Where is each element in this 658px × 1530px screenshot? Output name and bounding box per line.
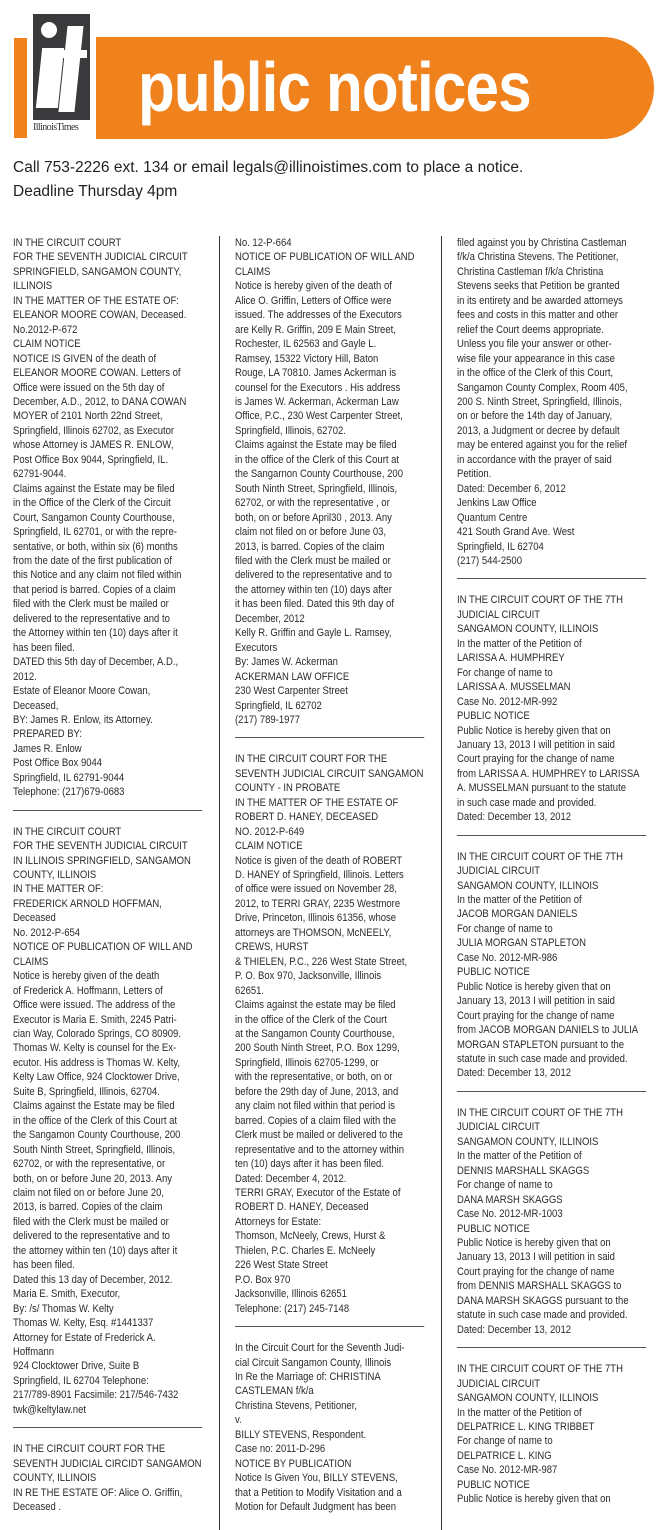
column-3: filed against you by Christina Castleman… <box>457 236 647 1507</box>
notice-divider <box>457 578 646 579</box>
notice-estate-griffin-body: No. 12-P-664 NOTICE OF PUBLICATION OF WI… <box>235 236 425 727</box>
column-2: No. 12-P-664 NOTICE OF PUBLICATION OF WI… <box>235 236 425 1515</box>
notice-estate-haney: IN THE CIRCUIT COURT FOR THE SEVENTH JUD… <box>235 752 425 1316</box>
notice-marriage-castleman-cont: filed against you by Christina Castleman… <box>457 236 647 568</box>
column-1: IN THE CIRCUIT COURT FOR THE SEVENTH JUD… <box>13 236 203 1515</box>
contact-line: Call 753-2226 ext. 134 or email legals@i… <box>13 156 523 180</box>
notice-divider <box>13 810 202 811</box>
illinois-times-logo-icon <box>33 14 90 120</box>
notice-divider <box>13 1427 202 1428</box>
masthead: IllinoisTimes public notices <box>0 0 658 150</box>
deadline-line: Deadline Thursday 4pm <box>13 180 523 204</box>
notice-divider <box>235 1326 424 1327</box>
notice-divider <box>457 1347 646 1348</box>
notice-estate-griffin-header: IN THE CIRCUIT COURT FOR THE SEVENTH JUD… <box>13 1442 203 1514</box>
column-divider <box>219 236 220 1530</box>
section-title: public notices <box>138 39 531 135</box>
notice-estate-hoffman: IN THE CIRCUIT COURT FOR THE SEVENTH JUD… <box>13 825 203 1418</box>
notice-name-change-tribbet: IN THE CIRCUIT COURT OF THE 7TH JUDICIAL… <box>457 1362 647 1507</box>
section-title-banner: public notices <box>96 37 654 139</box>
notice-divider <box>235 737 424 738</box>
logo-accent-bar <box>14 38 27 138</box>
notice-marriage-castleman: In the Circuit Court for the Seventh Jud… <box>235 1341 425 1514</box>
notice-name-change-skaggs: IN THE CIRCUIT COURT OF THE 7TH JUDICIAL… <box>457 1106 647 1337</box>
notice-name-change-daniels: IN THE CIRCUIT COURT OF THE 7TH JUDICIAL… <box>457 850 647 1081</box>
notices-columns: IN THE CIRCUIT COURT FOR THE SEVENTH JUD… <box>0 236 658 1530</box>
column-divider <box>441 236 442 1530</box>
logo-caption: IllinoisTimes <box>33 122 93 133</box>
notice-divider <box>457 835 646 836</box>
notice-name-change-humphrey: IN THE CIRCUIT COURT OF THE 7TH JUDICIAL… <box>457 593 647 824</box>
contact-info: Call 753-2226 ext. 134 or email legals@i… <box>13 156 523 204</box>
notice-divider <box>457 1091 646 1092</box>
notice-estate-cowan: IN THE CIRCUIT COURT FOR THE SEVENTH JUD… <box>13 236 203 800</box>
